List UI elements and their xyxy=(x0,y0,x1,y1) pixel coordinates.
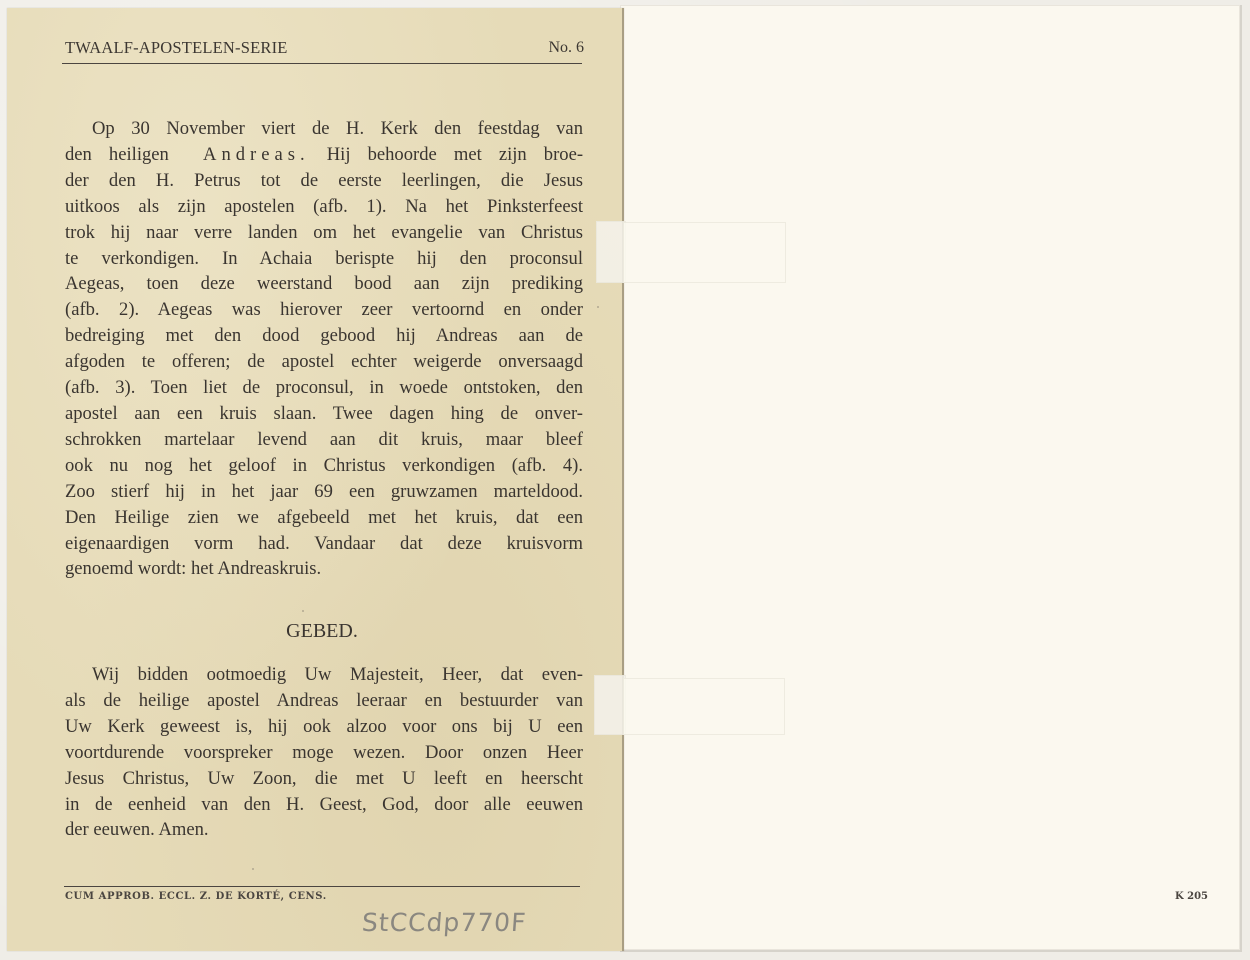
mount-paper xyxy=(620,5,1242,952)
main-text: Op 30 November viert de H. Kerk den fees… xyxy=(65,116,583,582)
text-line: Den Heilige zien we afgebeeld met het kr… xyxy=(65,505,583,531)
paper-speck xyxy=(302,610,304,612)
text-line: der den H. Petrus tot de eerste leerling… xyxy=(65,168,583,194)
tape-strip-bottom-overlap xyxy=(594,675,626,735)
footer-rule xyxy=(64,886,580,887)
print-code: K 205 xyxy=(1175,891,1208,902)
approbation-text: CUM APPROB. ECCL. Z. DE KORTÉ, CENS. xyxy=(65,891,327,902)
text-fragment: den heiligen xyxy=(65,144,169,165)
tape-strip-top-overlap xyxy=(596,221,626,283)
text-line: uitkoos als zijn apostelen (afb. 1). Na … xyxy=(65,194,583,220)
text-line: schrokken martelaar levend aan dit kruis… xyxy=(65,427,583,453)
text-line: genoemd wordt: het Andreaskruis. xyxy=(65,556,583,582)
text-line: te verkondigen. In Achaia berispte hij d… xyxy=(65,246,583,272)
text-line: Jesus Christus, Uw Zoon, die met U leeft… xyxy=(65,766,583,792)
prayer-text: Wij bidden ootmoedig Uw Majesteit, Heer,… xyxy=(65,662,583,843)
text-line: den heiligen Andreas. Hij behoorde met z… xyxy=(65,142,583,168)
text-line: Zoo stierf hij in het jaar 69 een gruwza… xyxy=(65,479,583,505)
text-line: Wij bidden ootmoedig Uw Majesteit, Heer,… xyxy=(65,662,583,688)
text-line: afgoden te offeren; de apostel echter we… xyxy=(65,349,583,375)
text-line: apostel aan een kruis slaan. Twee dagen … xyxy=(65,401,583,427)
text-line: der eeuwen. Amen. xyxy=(65,817,583,843)
text-line: Aegeas, toen deze weerstand bood aan zij… xyxy=(65,271,583,297)
text-line: eigenaardigen vorm had. Vandaar dat deze… xyxy=(65,531,583,557)
text-line: (afb. 2). Aegeas was hierover zeer verto… xyxy=(65,297,583,323)
text-line: ook nu nog het geloof in Christus verkon… xyxy=(65,453,583,479)
series-number: No. 6 xyxy=(548,39,584,57)
tape-strip-top xyxy=(623,222,786,283)
text-line: trok hij naar verre landen om het evange… xyxy=(65,220,583,246)
card-header: TWAALF-APOSTELEN-SERIE No. 6 xyxy=(62,37,582,64)
prayer-title: GEBED. xyxy=(62,620,582,643)
text-line: als de heilige apostel Andreas leeraar e… xyxy=(65,688,583,714)
text-line: (afb. 3). Toen liet de proconsul, in woe… xyxy=(65,375,583,401)
text-line: Op 30 November viert de H. Kerk den fees… xyxy=(65,116,583,142)
paper-speck xyxy=(597,306,599,308)
saint-name: Andreas. xyxy=(203,144,310,165)
paper-speck xyxy=(252,868,254,870)
handwritten-shelfmark: StCCdp770F xyxy=(361,908,527,937)
text-line: Uw Kerk geweest is, hij ook alzoo voor o… xyxy=(65,714,583,740)
tape-strip-bottom xyxy=(623,678,785,735)
text-line: in de eenheid van den H. Geest, God, doo… xyxy=(65,792,583,818)
text-fragment: Hij behoorde met zijn broe- xyxy=(327,144,583,165)
series-title: TWAALF-APOSTELEN-SERIE xyxy=(65,38,288,58)
text-line: bedreiging met den dood gebood hij Andre… xyxy=(65,323,583,349)
text-line: voortdurende voorspreker moge wezen. Doo… xyxy=(65,740,583,766)
